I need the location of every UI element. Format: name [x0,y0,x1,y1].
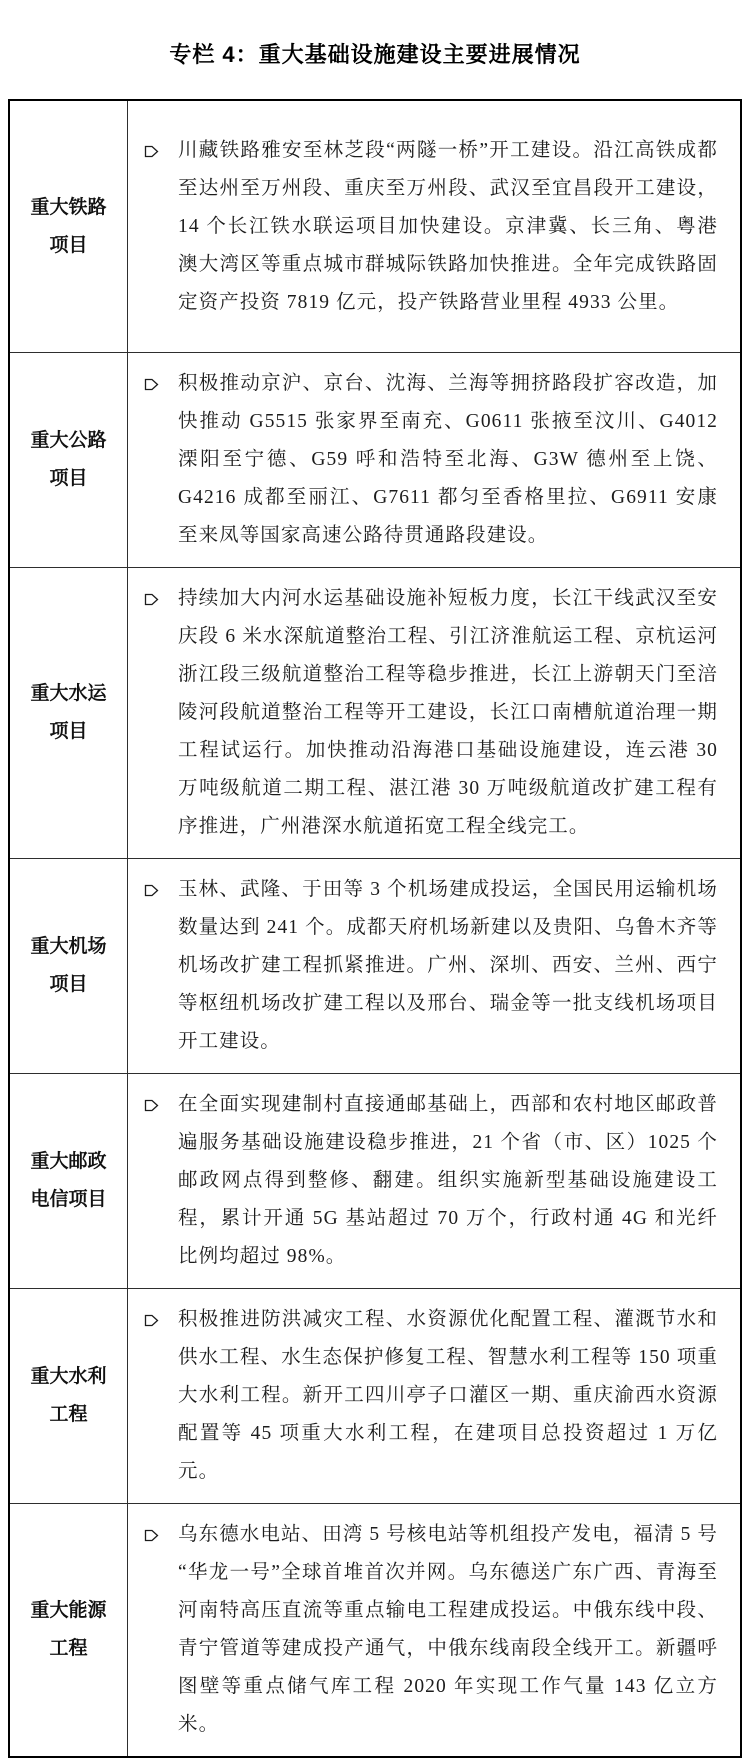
document-page: 专栏 4：重大基础设施建设主要进展情况 重大铁路项目 川藏铁路雅安至林芝段“两隧… [0,0,750,1758]
category-cell: 重大能源工程 [10,1504,128,1756]
table-row-railway: 重大铁路项目 川藏铁路雅安至林芝段“两隧一桥”开工建设。沿江高铁成都至达州至万州… [10,101,740,352]
content-cell: 积极推动京沪、京台、沈海、兰海等拥挤路段扩容改造，加快推动 G5515 张家界至… [128,353,740,567]
category-cell: 重大水运项目 [10,568,128,858]
hollow-arrow-bullet-icon [144,882,159,899]
table-row-airport: 重大机场项目 玉林、武隆、于田等 3 个机场建成投运，全国民用运输机场数量达到 … [10,858,740,1073]
table-row-waterway: 重大水运项目 持续加大内河水运基础设施补短板力度，长江干线武汉至安庆段 6 米水… [10,567,740,858]
row-text: 积极推进防洪减灾工程、水资源优化配置工程、灌溉节水和供水工程、水生态保护修复工程… [178,1301,718,1491]
category-cell: 重大铁路项目 [10,101,128,352]
row-text: 玉林、武隆、于田等 3 个机场建成投运，全国民用运输机场数量达到 241 个。成… [178,871,718,1061]
progress-table: 重大铁路项目 川藏铁路雅安至林芝段“两隧一桥”开工建设。沿江高铁成都至达州至万州… [8,99,742,1758]
table-row-postal-telecom: 重大邮政电信项目 在全面实现建制村直接通邮基础上，西部和农村地区邮政普遍服务基础… [10,1073,740,1288]
hollow-arrow-bullet-icon [144,143,159,160]
row-text: 川藏铁路雅安至林芝段“两隧一桥”开工建设。沿江高铁成都至达州至万州段、重庆至万州… [178,132,718,322]
row-text: 持续加大内河水运基础设施补短板力度，长江干线武汉至安庆段 6 米水深航道整治工程… [178,580,718,846]
hollow-arrow-bullet-icon [144,1527,159,1544]
hollow-arrow-bullet-icon [144,591,159,608]
row-text: 乌东德水电站、田湾 5 号核电站等机组投产发电，福清 5 号“华龙一号”全球首堆… [178,1516,718,1744]
category-label: 重大能源工程 [28,1592,110,1668]
content-cell: 玉林、武隆、于田等 3 个机场建成投运，全国民用运输机场数量达到 241 个。成… [128,859,740,1073]
category-cell: 重大公路项目 [10,353,128,567]
table-row-water-conservancy: 重大水利工程 积极推进防洪减灾工程、水资源优化配置工程、灌溉节水和供水工程、水生… [10,1288,740,1503]
category-cell: 重大机场项目 [10,859,128,1073]
hollow-arrow-bullet-icon [144,1312,159,1329]
content-cell: 川藏铁路雅安至林芝段“两隧一桥”开工建设。沿江高铁成都至达州至万州段、重庆至万州… [128,101,740,352]
content-cell: 在全面实现建制村直接通邮基础上，西部和农村地区邮政普遍服务基础设施建设稳步推进，… [128,1074,740,1288]
category-label: 重大水利工程 [28,1358,110,1434]
content-cell: 乌东德水电站、田湾 5 号核电站等机组投产发电，福清 5 号“华龙一号”全球首堆… [128,1504,740,1756]
content-cell: 持续加大内河水运基础设施补短板力度，长江干线武汉至安庆段 6 米水深航道整治工程… [128,568,740,858]
category-label: 重大邮政电信项目 [28,1143,110,1219]
content-cell: 积极推进防洪减灾工程、水资源优化配置工程、灌溉节水和供水工程、水生态保护修复工程… [128,1289,740,1503]
page-title: 专栏 4：重大基础设施建设主要进展情况 [0,38,750,69]
category-label: 重大水运项目 [28,675,110,751]
row-text: 积极推动京沪、京台、沈海、兰海等拥挤路段扩容改造，加快推动 G5515 张家界至… [178,365,718,555]
hollow-arrow-bullet-icon [144,1097,159,1114]
table-row-energy: 重大能源工程 乌东德水电站、田湾 5 号核电站等机组投产发电，福清 5 号“华龙… [10,1503,740,1756]
category-label: 重大机场项目 [28,928,110,1004]
hollow-arrow-bullet-icon [144,376,159,393]
category-label: 重大铁路项目 [28,189,110,265]
row-text: 在全面实现建制村直接通邮基础上，西部和农村地区邮政普遍服务基础设施建设稳步推进，… [178,1086,718,1276]
category-cell: 重大水利工程 [10,1289,128,1503]
category-label: 重大公路项目 [28,422,110,498]
table-row-highway: 重大公路项目 积极推动京沪、京台、沈海、兰海等拥挤路段扩容改造，加快推动 G55… [10,352,740,567]
category-cell: 重大邮政电信项目 [10,1074,128,1288]
